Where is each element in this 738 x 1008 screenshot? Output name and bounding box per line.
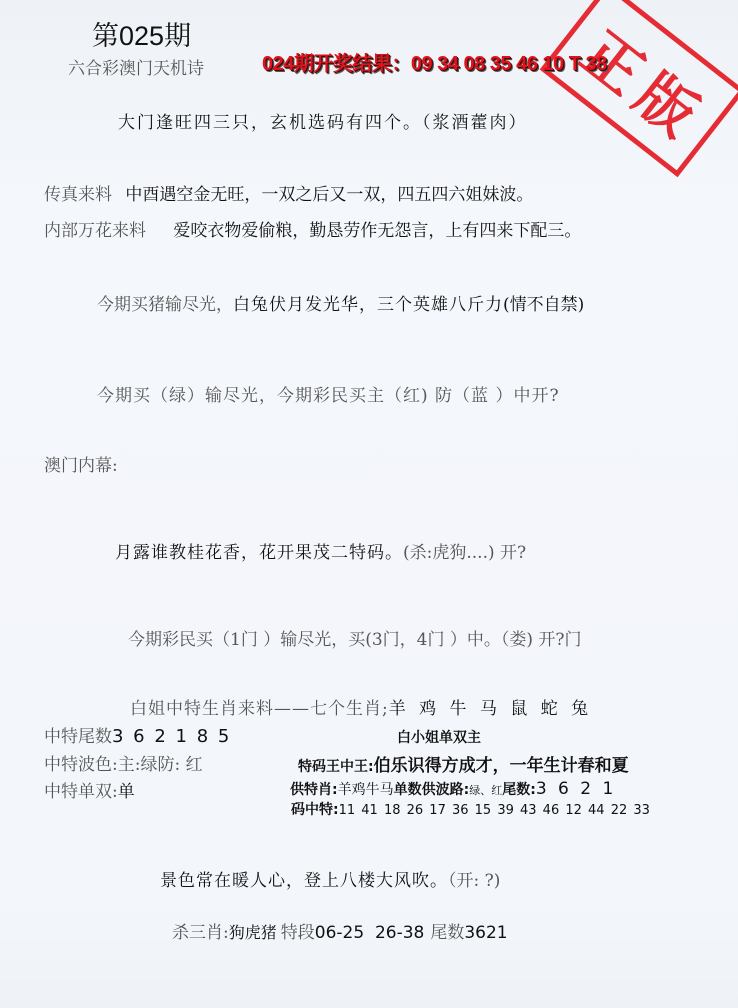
- previous-result-label: 024期开奖结果：: [262, 53, 411, 75]
- wave-label: 中特波色:: [44, 755, 118, 775]
- segment-label: 特段: [281, 923, 315, 943]
- kill-label: 杀三肖:: [172, 923, 229, 943]
- issue-number: 025: [119, 21, 164, 51]
- macau-inside-label: 澳门内幕:: [44, 451, 118, 476]
- buy-line-2: 今期买（绿）输尽光，今期彩民买主（红) 防（蓝 ）中开?: [97, 381, 560, 406]
- kill-animals: 狗虎猪: [229, 923, 277, 942]
- zodiac-line: 白姐中特生肖来料——七个生肖;羊 鸡 牛 马 鼠 蛇 兔: [130, 694, 592, 719]
- odd-even-row: 中特单双:单: [44, 777, 135, 802]
- scenery-line: 景色常在暖人心，登上八楼大风吹。（开: ?): [160, 866, 500, 891]
- wave-color-row: 中特波色:主:绿防: 红: [44, 750, 203, 775]
- king-text: 伯乐识得方成才，一年生计春和夏: [374, 756, 629, 776]
- scenery-suffix: （开: ?): [448, 871, 500, 891]
- tail-number-row: 中特尾数3 6 2 1 8 5: [44, 722, 231, 747]
- right-tail-value: 3 6 2 1: [536, 779, 616, 799]
- king-label: 特码王中王:: [298, 759, 374, 775]
- internal-label: 内部万花来料: [44, 221, 146, 241]
- kill-tail-value: 3621: [464, 923, 507, 943]
- previous-result: 024期开奖结果：09 34 08 35 46 10 T 38: [262, 47, 607, 76]
- poem-main: 大门逢旺四三只，玄机选码有四个。（浆酒藿肉）: [118, 108, 528, 133]
- genuine-stamp-icon: 正 版: [540, 0, 738, 177]
- scenery-text: 景色常在暖人心，登上八楼大风吹。: [160, 871, 448, 891]
- code-numbers: 11 41 18 26 17 36 15 39 43 46 12 44 22 3…: [339, 803, 650, 818]
- buy-line-1-prefix: 今期买猪输尽光，: [97, 295, 233, 315]
- previous-result-numbers: 09 34 08 35 46 10 T 38: [411, 53, 607, 75]
- door-line: 今期彩民买（1门 ）输尽光，买(3门，4门 ）中。（娄) 开?门: [128, 625, 582, 650]
- white-lady-title: 白小姐单双主: [397, 727, 481, 747]
- segment-value: 06-25 26-38: [315, 923, 425, 943]
- moon-line: 月露谁教桂花香，花开果茂二特码。(杀:虎狗....) 开?: [115, 538, 526, 563]
- wave-value: 主:绿防: 红: [118, 755, 203, 775]
- king-row: 特码王中王:伯乐识得方成才，一年生计春和夏: [298, 751, 629, 776]
- odd-even-label: 中特单双:: [44, 782, 118, 802]
- moon-line-text: 月露谁教桂花香，花开果茂二特码。: [115, 543, 403, 563]
- issue-title: 第025期: [92, 14, 191, 53]
- issue-prefix: 第: [92, 21, 119, 51]
- odd-even-value: 单: [118, 782, 135, 802]
- internal-section: 内部万花来料 爱咬衣物爱偷粮，勤恳劳作无怨言，上有四来下配三。: [44, 216, 581, 241]
- supply-row: 供特肖:羊鸡牛马单数供波路:绿、红尾数:3 6 2 1: [290, 779, 616, 799]
- buy-line-1: 今期买猪输尽光，白兔伏月发光华，三个英雄八斤力(情不自禁): [97, 290, 584, 315]
- odd-wave-label: 单数供波路:: [394, 782, 470, 798]
- zodiac-label: 白姐中特生肖来料——七个生肖;: [130, 699, 389, 719]
- supply-animals: 羊鸡牛马: [338, 782, 394, 798]
- issue-suffix: 期: [164, 21, 191, 51]
- moon-line-suffix: (杀:虎狗....) 开?: [403, 543, 526, 563]
- internal-text: 爱咬衣物爱偷粮，勤恳劳作无怨言，上有四来下配三。: [173, 221, 581, 241]
- fax-text: 中酉遇空金无旺，一双之后又一双，四五四六姐妹波。: [125, 185, 533, 205]
- zodiac-animals: 羊 鸡 牛 马 鼠 蛇 兔: [389, 699, 592, 719]
- buy-line-1-text: 白兔伏月发光华，三个英雄八斤力: [233, 295, 503, 315]
- code-row: 码中特:11 41 18 26 17 36 15 39 43 46 12 44 …: [291, 799, 650, 819]
- tail-value: 3 6 2 1 8 5: [112, 726, 231, 747]
- fax-section: 传真来料 中酉遇空金无旺，一双之后又一双，四五四六姐妹波。: [44, 180, 533, 205]
- fax-label: 传真来料: [44, 185, 112, 205]
- subtitle: 六合彩澳门天机诗: [68, 54, 204, 79]
- supply-label: 供特肖:: [290, 782, 338, 798]
- buy-line-1-suffix: (情不自禁): [503, 295, 584, 315]
- odd-wave-value: 绿、红: [469, 784, 502, 797]
- kill-line: 杀三肖:狗虎猪特段06-25 26-38尾数3621: [172, 918, 508, 943]
- tail-label: 中特尾数: [44, 727, 112, 747]
- code-label: 码中特:: [291, 802, 339, 818]
- right-tail-label: 尾数:: [502, 782, 536, 798]
- kill-tail-label: 尾数: [430, 923, 464, 943]
